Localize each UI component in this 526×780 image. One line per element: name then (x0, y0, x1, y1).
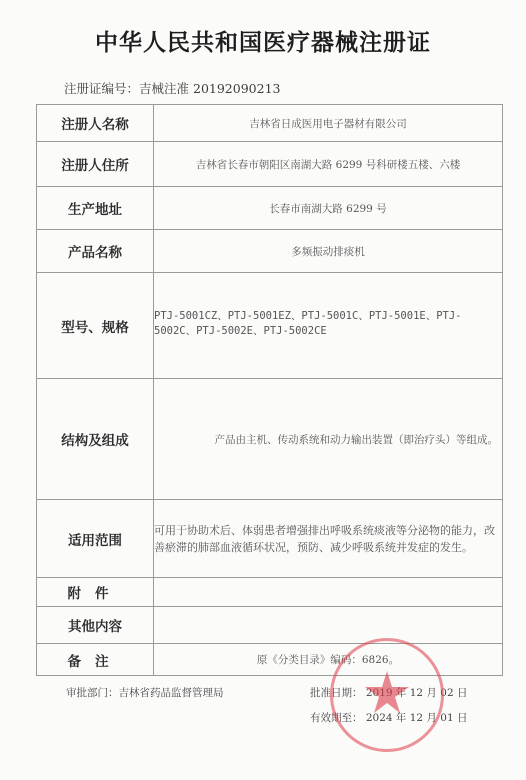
row-label: 备注 (37, 644, 154, 676)
table-row: 备注 原《分类目录》编码：6826。 (37, 644, 503, 676)
table-row: 注册人住所 吉林省长春市朝阳区南湖大路 6299 号科研楼五楼、六楼 (37, 142, 503, 187)
row-value (154, 578, 503, 607)
table-row: 型号、规格 PTJ-5001CZ、PTJ-5001EZ、PTJ-5001C、PT… (37, 273, 503, 379)
row-value: 可用于协助术后、体弱患者增强排出呼吸系统痰液等分泌物的能力，改善瘀滞的肺部血液循… (154, 500, 503, 578)
approval-department: 审批部门：吉林省药品监督管理局 (66, 685, 224, 700)
row-value: 吉林省长春市朝阳区南湖大路 6299 号科研楼五楼、六楼 (154, 142, 503, 187)
row-label: 适用范围 (37, 500, 154, 578)
row-value (154, 607, 503, 644)
row-label: 附件 (37, 578, 154, 607)
certificate-table: 注册人名称 吉林省日成医用电子器材有限公司 注册人住所 吉林省长春市朝阳区南湖大… (36, 104, 503, 676)
table-row: 其他内容 (37, 607, 503, 644)
row-label: 结构及组成 (37, 379, 154, 500)
row-value: 多频振动排痰机 (154, 230, 503, 273)
registration-number: 注册证编号：吉械注准 20192090213 (64, 79, 280, 97)
row-value: 原《分类目录》编码：6826。 (154, 644, 503, 676)
table-row: 适用范围 可用于协助术后、体弱患者增强排出呼吸系统痰液等分泌物的能力，改善瘀滞的… (37, 500, 503, 578)
row-label: 其他内容 (37, 607, 154, 644)
row-value: PTJ-5001CZ、PTJ-5001EZ、PTJ-5001C、PTJ-5001… (154, 273, 503, 379)
registration-number-value: 吉械注准 20192090213 (139, 81, 280, 96)
table-row: 生产地址 长春市南湖大路 6299 号 (37, 187, 503, 230)
table-row: 结构及组成 产品由主机、传动系统和动力输出装置（即治疗头）等组成。 (37, 379, 503, 500)
row-label: 产品名称 (37, 230, 154, 273)
row-label: 注册人名称 (37, 105, 154, 142)
table-row: 附件 (37, 578, 503, 607)
row-value: 长春市南湖大路 6299 号 (154, 187, 503, 230)
row-value: 吉林省日成医用电子器材有限公司 (154, 105, 503, 142)
approval-date: 批准日期： 2019 年 12 月 02 日 (310, 685, 467, 700)
row-label: 注册人住所 (37, 142, 154, 187)
row-label: 生产地址 (37, 187, 154, 230)
valid-until-date: 有效期至： 2024 年 12 月 01 日 (310, 710, 467, 725)
row-label: 型号、规格 (37, 273, 154, 379)
table-row: 注册人名称 吉林省日成医用电子器材有限公司 (37, 105, 503, 142)
registration-number-label: 注册证编号： (64, 81, 139, 96)
table-row: 产品名称 多频振动排痰机 (37, 230, 503, 273)
row-value: 产品由主机、传动系统和动力输出装置（即治疗头）等组成。 (154, 379, 503, 500)
certificate-title: 中华人民共和国医疗器械注册证 (0, 24, 526, 57)
